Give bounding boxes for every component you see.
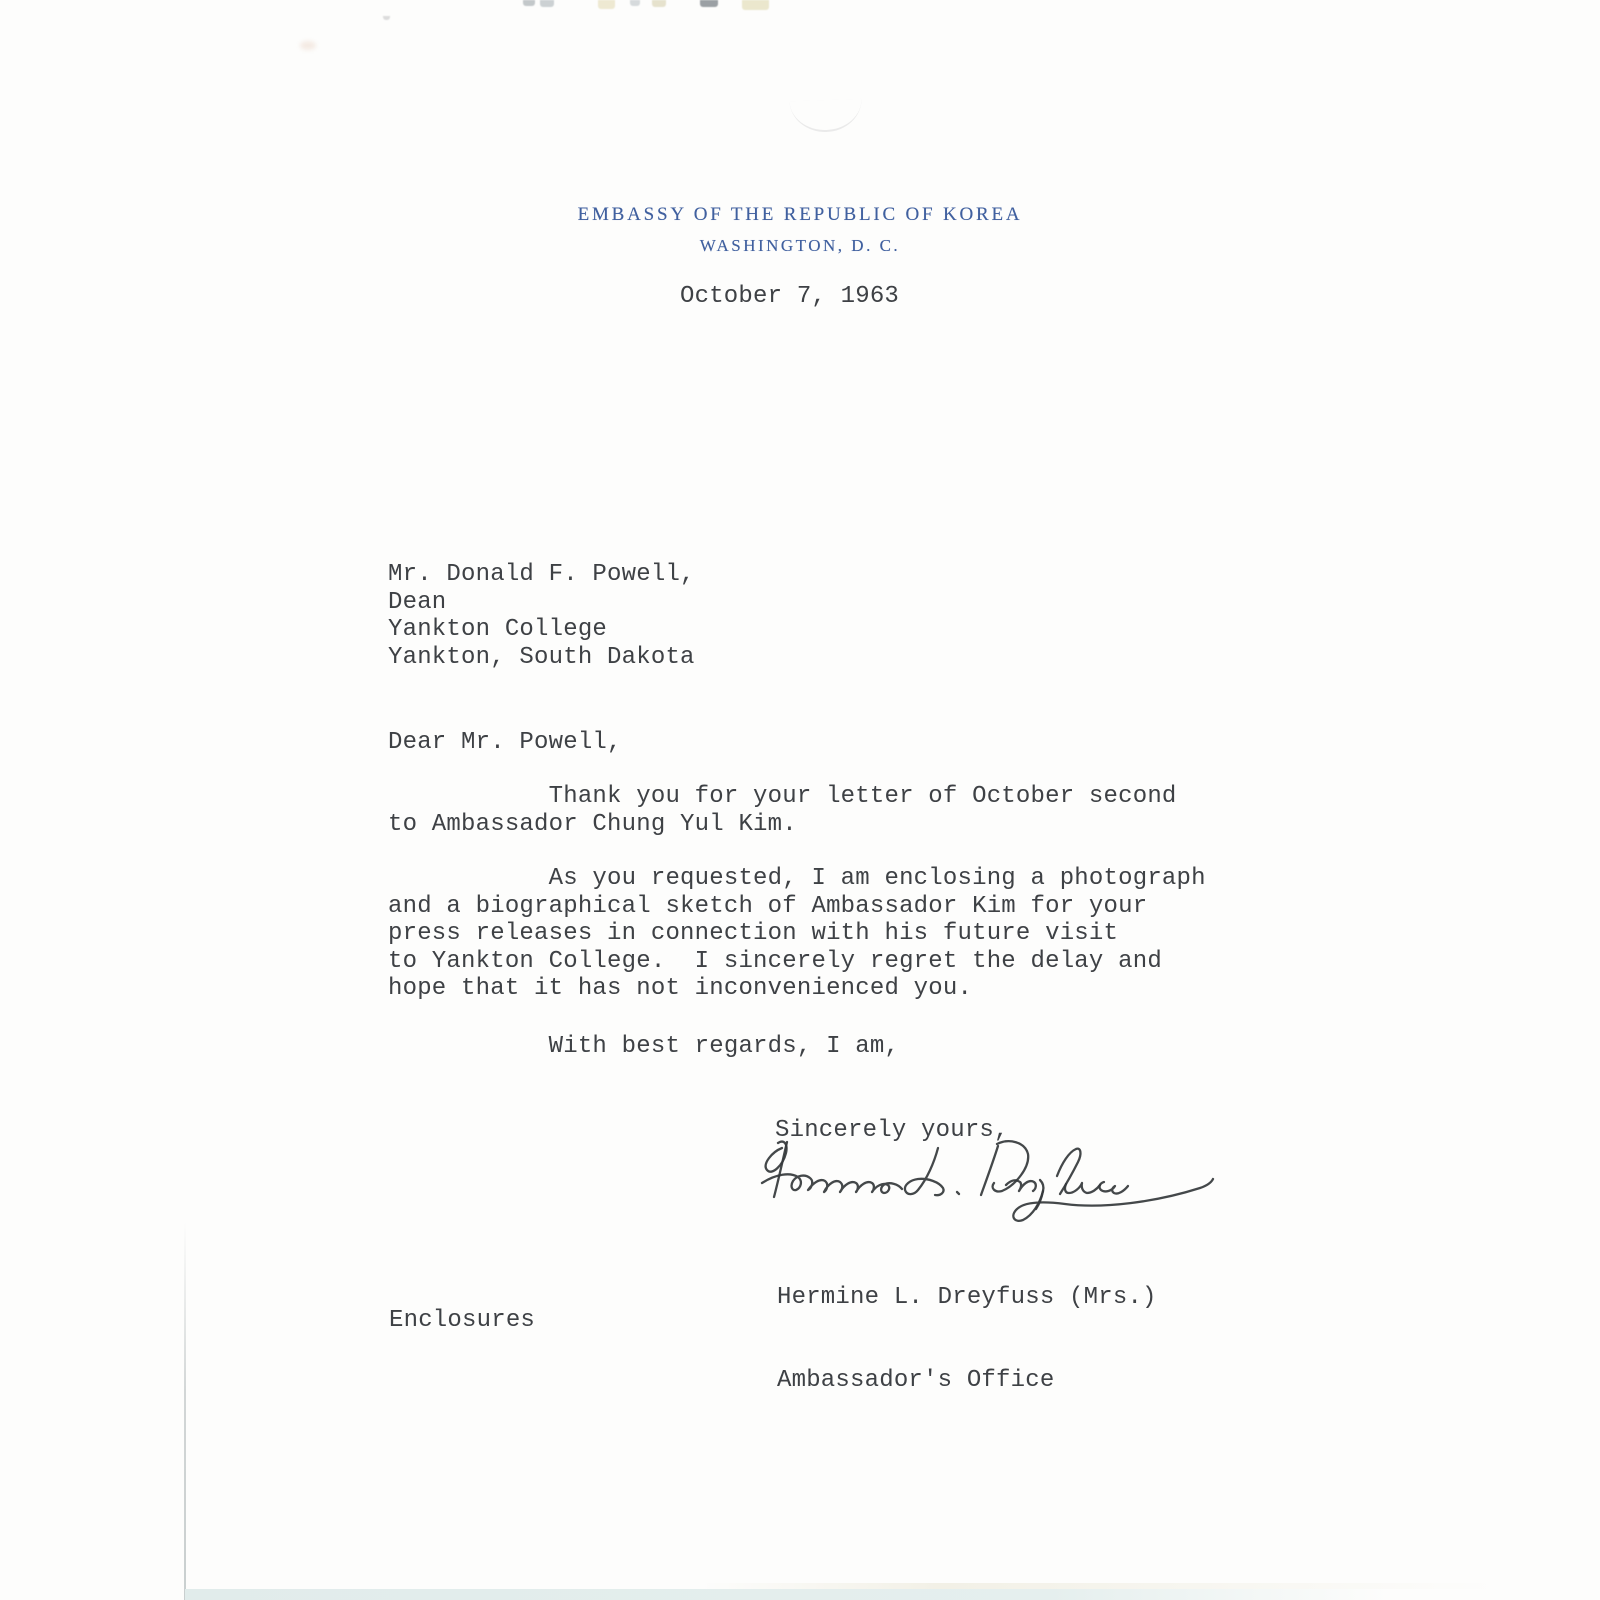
top-edge-speck <box>700 0 718 7</box>
enclosures-note: Enclosures <box>389 1307 535 1335</box>
scan-smudge <box>300 41 316 50</box>
typed-name: Hermine L. Dreyfuss (Mrs.) <box>777 1284 1157 1312</box>
top-edge-speck <box>598 0 615 9</box>
top-edge-speck <box>383 16 390 20</box>
top-edge-speck <box>652 0 666 7</box>
letterhead-org: EMBASSY OF THE REPUBLIC OF KOREA <box>0 204 1600 226</box>
top-edge-speck <box>540 0 554 7</box>
body-paragraph-2: As you requested, I am enclosing a photo… <box>388 865 1206 1003</box>
body-paragraph-1: Thank you for your letter of October sec… <box>388 783 1177 838</box>
top-edge-speck <box>742 0 769 10</box>
letterhead-city: WASHINGTON, D. C. <box>0 236 1600 256</box>
signature-handwriting <box>752 1127 1237 1233</box>
letter-page: { "colors": { "letterhead_blue": "#40609… <box>0 0 1600 1600</box>
page-edge-bottom <box>185 1589 1425 1600</box>
sender-title: Ambassador's Office <box>777 1367 1157 1395</box>
top-edge-speck <box>523 0 535 6</box>
page-edge-left <box>184 1222 186 1600</box>
scan-arc-artifact <box>789 99 862 133</box>
date-line: October 7, 1963 <box>680 283 899 311</box>
salutation: Dear Mr. Powell, <box>388 729 622 757</box>
recipient-address: Mr. Donald F. Powell, Dean Yankton Colle… <box>388 561 695 671</box>
body-paragraph-3: With best regards, I am, <box>388 1033 899 1061</box>
typed-signer-block: Hermine L. Dreyfuss (Mrs.) Ambassador's … <box>777 1229 1157 1422</box>
letterhead: EMBASSY OF THE REPUBLIC OF KOREA WASHING… <box>0 204 1600 256</box>
top-edge-speck <box>630 0 640 6</box>
